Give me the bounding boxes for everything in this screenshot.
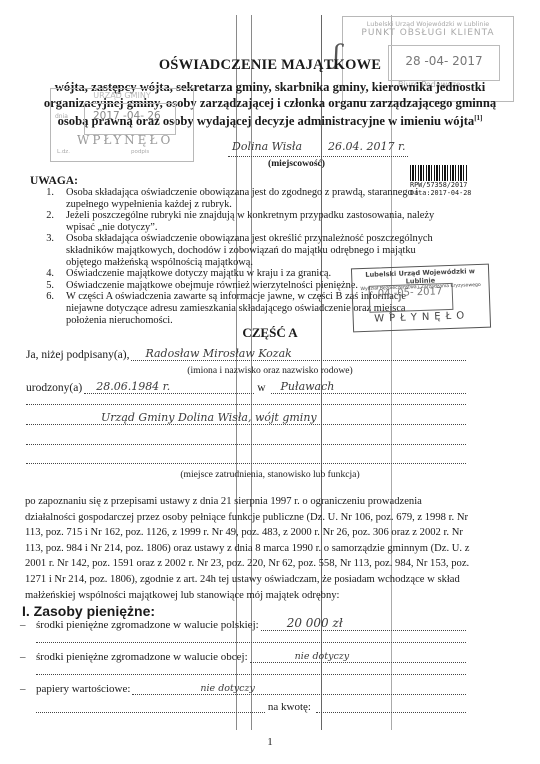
- name-input[interactable]: Radosław Mirosław Kozak: [131, 348, 466, 361]
- place-caption: (miejscowość): [268, 158, 325, 169]
- employment-value: Urząd Gminy Dolina Wisła, wójt gminy: [101, 411, 317, 424]
- dash: –: [20, 619, 36, 631]
- name-field[interactable]: Ja, niżej podpisany(a), Radosław Mirosła…: [26, 348, 466, 361]
- born-date-input[interactable]: 28.06.1984 r.: [84, 381, 254, 394]
- name-label: Ja, niżej podpisany(a),: [26, 349, 129, 361]
- uwaga-item: 1.Osoba składająca oświadczenie obowiąza…: [32, 187, 442, 210]
- uwaga-item-text: Oświadczenie majątkowe dotyczy majątku w…: [66, 268, 331, 280]
- stamp-middle-right: Lubelski Urząd Wojewódzki w Lublinie Wyd…: [351, 264, 491, 333]
- uwaga-item-text: Osoba składająca oświadczenie obowiązana…: [66, 187, 442, 210]
- stamp-date-text: 2017 -04- 26: [93, 110, 161, 122]
- securities-amount-field[interactable]: na kwotę:: [36, 700, 466, 713]
- stamp-line: Lubelski Urząd Wojewódzki w Lublinie: [343, 20, 513, 28]
- born-field[interactable]: urodzony(a) 28.06.1984 r. w Puławach: [26, 381, 466, 394]
- cash-foreign-value: nie dotyczy: [295, 651, 349, 662]
- employment-line[interactable]: [26, 463, 466, 464]
- uwaga-heading: UWAGA:: [30, 175, 78, 187]
- dash: –: [20, 651, 36, 663]
- uwaga-item-text: Osoba składająca oświadczenie obowiązana…: [66, 233, 442, 268]
- cash-pln-field[interactable]: – środki pieniężne zgromadzone w walucie…: [20, 618, 466, 631]
- securities-value: nie dotyczy: [200, 683, 254, 694]
- cash-foreign-field[interactable]: – środki pieniężne zgromadzone w walucie…: [20, 650, 466, 663]
- born-place-value: Puławach: [281, 380, 335, 393]
- securities-line-2[interactable]: [36, 700, 265, 713]
- securities-input[interactable]: nie dotyczy: [132, 682, 466, 695]
- place-date-field[interactable]: Dolina Wisła 26.04. 2017 r.: [228, 142, 408, 157]
- uwaga-item: 3.Osoba składająca oświadczenie obowiąza…: [32, 233, 442, 268]
- document-title: OŚWIADCZENIE MAJĄTKOWE: [0, 57, 540, 74]
- stamp-left: URZĄD GMINY 2017 -04- 26 dnia WPŁYNĘŁO L…: [50, 88, 194, 162]
- born-place-input[interactable]: Puławach: [271, 381, 466, 394]
- stamp-date-box: 2017 -04- 26: [84, 103, 176, 135]
- date-value: 26.04. 2017 r.: [328, 140, 406, 153]
- cash-foreign-line-2[interactable]: [36, 674, 466, 675]
- uwaga-item-number: 5.: [32, 280, 66, 292]
- employment-line[interactable]: [26, 404, 466, 405]
- employment-line[interactable]: [26, 444, 466, 445]
- dash: –: [20, 683, 36, 695]
- employment-caption: (miejsce zatrudnienia, stanowisko lub fu…: [0, 469, 540, 480]
- cash-foreign-label: środki pieniężne zgromadzone w walucie o…: [36, 651, 248, 663]
- born-in-label: w: [257, 382, 265, 394]
- stamp-line: podpis: [131, 149, 149, 155]
- name-caption: (imiona i nazwisko oraz nazwisko rodowe): [0, 365, 540, 376]
- securities-label: papiery wartościowe:: [36, 683, 130, 695]
- amount-label: na kwotę:: [268, 701, 311, 713]
- born-label: urodzony(a): [26, 382, 82, 394]
- stamp-line: URZĄD GMINY: [51, 91, 193, 100]
- cash-pln-line-2[interactable]: [36, 642, 466, 643]
- stamp-line: L.dz.: [57, 149, 70, 155]
- uwaga-item-number: 4.: [32, 268, 66, 280]
- cash-pln-value: 20 000 zł: [287, 616, 343, 630]
- securities-field[interactable]: – papiery wartościowe: nie dotyczy: [20, 682, 466, 695]
- cash-pln-label: środki pieniężne zgromadzone w walucie p…: [36, 619, 259, 631]
- name-value: Radosław Mirosław Kozak: [145, 347, 291, 360]
- stamp-date-box: 04 -05- 2017: [369, 283, 454, 313]
- part-a-heading: CZĘŚĆ A: [0, 325, 540, 341]
- born-date-value: 28.06.1984 r.: [96, 380, 170, 393]
- uwaga-item-number: 2.: [32, 210, 66, 233]
- legal-paragraph: po zapoznaniu się z przepisami ustawy z …: [25, 494, 470, 603]
- uwaga-item-number: 1.: [32, 187, 66, 210]
- employment-line[interactable]: Urząd Gminy Dolina Wisła, wójt gminy: [26, 424, 466, 425]
- place-value: Dolina Wisła: [232, 140, 302, 153]
- uwaga-item-text: Jeżeli poszczególne rubryki nie znajdują…: [66, 210, 442, 233]
- barcode: [410, 165, 467, 181]
- subtitle-footnote: [1]: [474, 114, 482, 122]
- section-1-heading: I. Zasoby pieniężne:: [22, 603, 155, 619]
- uwaga-item-number: 6.: [32, 291, 66, 326]
- uwaga-item: 2.Jeżeli poszczególne rubryki nie znajdu…: [32, 210, 442, 233]
- stamp-date-text: 04 -05- 2017: [378, 286, 443, 299]
- page-number: 1: [0, 736, 540, 748]
- cash-pln-input[interactable]: 20 000 zł: [261, 618, 466, 631]
- amount-input[interactable]: [316, 700, 466, 713]
- uwaga-item-text: Oświadczenie majątkowe obejmuje również …: [66, 280, 358, 292]
- stamp-line: WPŁYNĘŁO: [77, 133, 173, 147]
- stamp-line: dnia: [55, 113, 68, 120]
- stamp-line: PUNKT OBSŁUGI KLIENTA: [343, 28, 513, 38]
- cash-foreign-input[interactable]: nie dotyczy: [250, 650, 466, 663]
- uwaga-item-number: 3.: [32, 233, 66, 268]
